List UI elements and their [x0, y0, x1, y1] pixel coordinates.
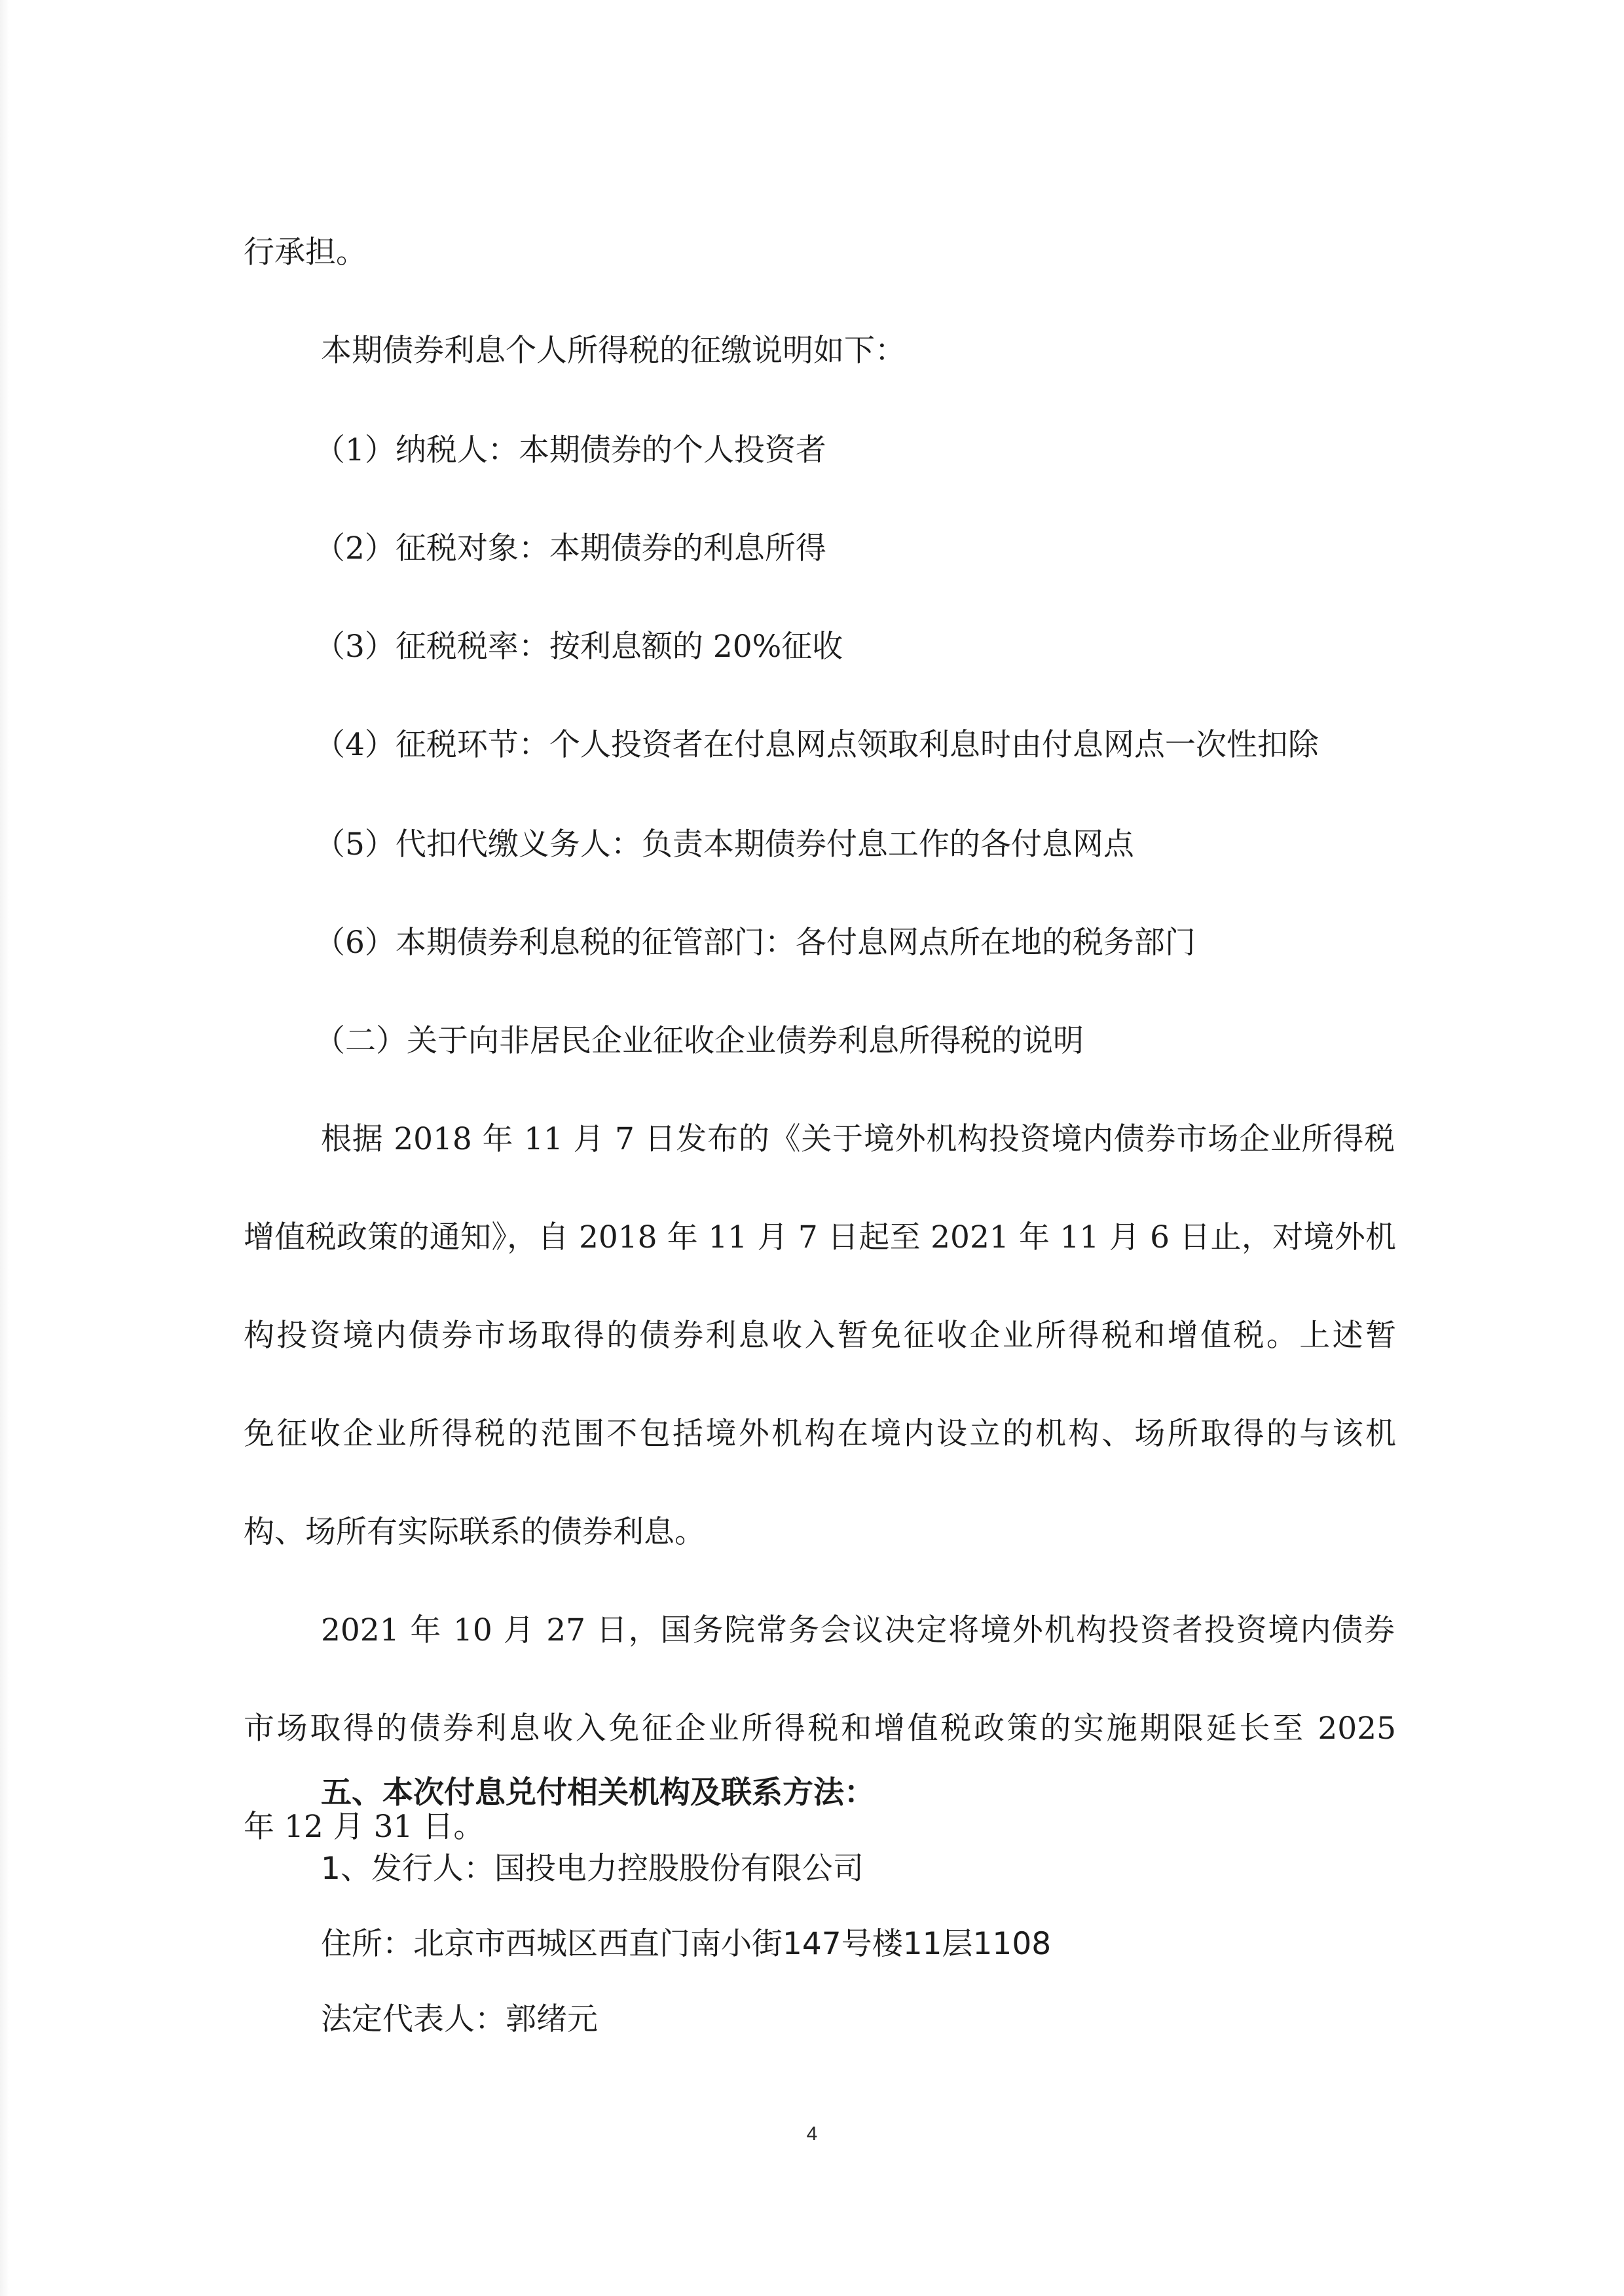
- page-number: 4: [807, 2123, 818, 2145]
- nonresident-paragraph-line-2: 增值税政策的通知》，自 2018 年 11 月 7 日起至 2021 年 11 …: [244, 1219, 1396, 1256]
- paragraph-text: 2021 年 10 月 27 日，国务院常务会议决定将境外机构投资者投资境内债券: [321, 1612, 1395, 1649]
- extension-paragraph-line-2: 市场取得的债券利息收入免征企业所得税和增值税政策的实施期限延长至 2025: [244, 1711, 1396, 1747]
- legal-representative-line: 法定代表人：郭绪元: [321, 2001, 598, 2038]
- continuation-line: 行承担。: [244, 234, 367, 271]
- paragraph-text: 增值税政策的通知》，自 2018 年 11 月 7 日起至 2021 年 11 …: [244, 1219, 1396, 1256]
- paragraph-text: 市场取得的债券利息收入免征企业所得税和增值税政策的实施期限延长至 2025: [244, 1711, 1396, 1747]
- tax-item-stage: （4）征税环节：个人投资者在付息网点领取利息时由付息网点一次性扣除: [314, 727, 1319, 764]
- paragraph-text: 免征收企业所得税的范围不包括境外机构在境内设立的机构、场所取得的与该机: [244, 1416, 1396, 1453]
- nonresident-paragraph-line-3: 构投资境内债券市场取得的债券利息收入暂免征收企业所得税和增值税。上述暂: [244, 1318, 1396, 1354]
- nonresident-tax-heading: （二）关于向非居民企业征收企业债券利息所得税的说明: [314, 1023, 1084, 1060]
- paragraph-text: 构投资境内债券市场取得的债券利息收入暂免征收企业所得税和增值税。上述暂: [244, 1318, 1396, 1354]
- scan-edge-shadow: [0, 0, 9, 2296]
- tax-item-withholding-agent: （5）代扣代缴义务人：负责本期债券付息工作的各付息网点: [314, 826, 1134, 863]
- tax-item-taxpayer: （1）纳税人：本期债券的个人投资者: [314, 432, 826, 469]
- extension-paragraph-line-3: 年 12 月 31 日。: [244, 1809, 484, 1845]
- document-page: 行承担。 本期债券利息个人所得税的征缴说明如下： （1）纳税人：本期债券的个人投…: [0, 0, 1624, 2296]
- nonresident-paragraph-line-5: 构、场所有实际联系的债券利息。: [244, 1514, 705, 1551]
- individual-tax-intro: 本期债券利息个人所得税的征缴说明如下：: [321, 333, 906, 369]
- address-line: 住所：北京市西城区西直门南小街147号楼11层1108: [321, 1926, 1051, 1963]
- issuer-line: 1、发行人：国投电力控股股份有限公司: [321, 1851, 864, 1887]
- contacts-section-heading: 五、本次付息兑付相关机构及联系方法：: [321, 1775, 875, 1811]
- nonresident-paragraph-line-1: 根据 2018 年 11 月 7 日发布的《关于境外机构投资境内债券市场企业所得…: [321, 1121, 1395, 1158]
- tax-item-authority: （6）本期债券利息税的征管部门：各付息网点所在地的税务部门: [314, 925, 1196, 961]
- nonresident-paragraph-line-4: 免征收企业所得税的范围不包括境外机构在境内设立的机构、场所取得的与该机: [244, 1416, 1396, 1453]
- paragraph-text: 根据 2018 年 11 月 7 日发布的《关于境外机构投资境内债券市场企业所得…: [321, 1121, 1395, 1158]
- tax-item-rate: （3）征税税率：按利息额的 20%征收: [314, 629, 843, 665]
- tax-item-object: （2）征税对象：本期债券的利息所得: [314, 530, 826, 567]
- extension-paragraph-line-1: 2021 年 10 月 27 日，国务院常务会议决定将境外机构投资者投资境内债券: [321, 1612, 1395, 1649]
